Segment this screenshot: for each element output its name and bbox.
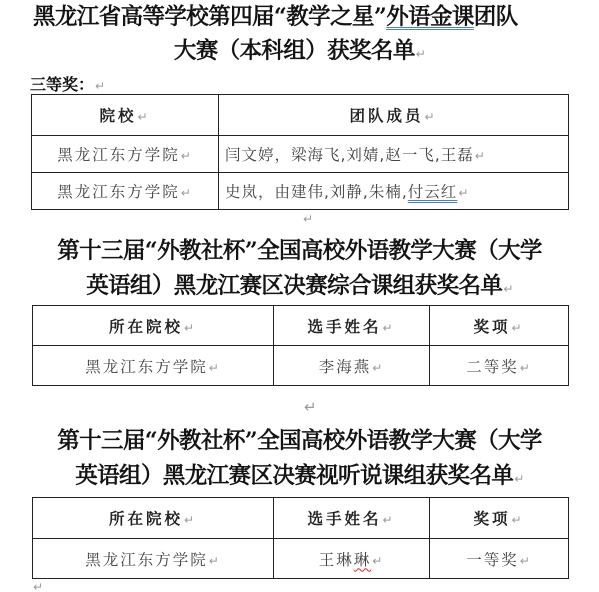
paragraph-mark-icon: ↵: [184, 513, 197, 527]
cell-school: 黑龙江东方学院↵: [32, 136, 219, 173]
cell-award: 一等奖↵: [430, 539, 569, 579]
section3-title-line1: 第十三届“外教社杯”全国高校外语教学大赛（大学: [0, 428, 599, 454]
listening-speaking-course-table: 所在院校↵ 选手姓名↵ 奖项↵ 黑龙江东方学院↵ 王琳琳↵ 一等奖↵: [32, 497, 569, 579]
section2-title-line2: 英语组）黑龙江赛区决赛综合课组获奖名单↵: [0, 273, 599, 302]
comprehensive-course-table: 所在院校↵ 选手姓名↵ 奖项↵ 黑龙江东方学院↵ 李海燕↵ 二等奖↵: [32, 305, 569, 386]
header-contestant-name: 选手姓名↵: [274, 498, 430, 539]
title-text: 第十三届“外教社杯”全国高校外语教学大赛（大学: [57, 428, 542, 454]
table-row: 黑龙江东方学院↵ 王琳琳↵ 一等奖↵: [33, 539, 569, 579]
section3-title-line2: 英语组）黑龙江赛区决赛视听说课组获奖名单↵: [0, 463, 599, 492]
title-text: 团队: [474, 4, 518, 30]
header-school: 所在院校↵: [33, 498, 274, 539]
grammar-flagged-text[interactable]: 付云红: [408, 183, 458, 201]
table-row: 黑龙江东方学院↵ 李海燕↵ 二等奖↵: [33, 346, 569, 386]
table-header-row: 所在院校↵ 选手姓名↵ 奖项↵: [33, 498, 569, 539]
section2-title-line1: 第十三届“外教社杯”全国高校外语教学大赛（大学: [0, 238, 599, 264]
award-level-text: 三等奖：: [30, 75, 94, 94]
paragraph-mark-icon: ↵: [458, 186, 469, 200]
paragraph-mark-icon: ↵: [209, 361, 221, 375]
paragraph-mark-icon: ↵: [33, 580, 43, 592]
cell-members: 史岚，由建伟,刘静,朱楠,付云红↵: [219, 173, 569, 210]
paragraph-mark-icon: ↵: [424, 110, 437, 124]
section1-title-line1: 黑龙江省高等学校第四届“教学之星”外语金课团队: [33, 4, 573, 30]
paragraph-mark-icon: ↵: [137, 110, 150, 124]
paragraph-mark-icon: ↵: [511, 513, 524, 527]
cell-school: 黑龙江东方学院↵: [33, 539, 274, 579]
paragraph-mark-icon: ↵: [209, 554, 221, 568]
cell-school: 黑龙江东方学院↵: [32, 173, 219, 210]
award-level-heading: 三等奖：↵: [30, 72, 105, 95]
table-row: 黑龙江东方学院↵ 闫文婷，梁海飞,刘婧,赵一飞,王磊↵: [32, 136, 569, 173]
team-award-table: 院校↵ 团队成员↵ 黑龙江东方学院↵ 闫文婷，梁海飞,刘婧,赵一飞,王磊↵ 黑龙…: [31, 94, 569, 210]
paragraph-mark-icon: ↵: [382, 321, 395, 335]
title-text: 英语组）黑龙江赛区决赛视听说课组获奖名单: [75, 463, 513, 489]
table-row: 黑龙江东方学院↵ 史岚，由建伟,刘静,朱楠,付云红↵: [32, 173, 569, 210]
header-school: 院校↵: [32, 95, 219, 136]
spelling-flagged-text[interactable]: 琳: [354, 551, 372, 569]
paragraph-mark-icon: ↵: [520, 554, 532, 568]
paragraph-mark-icon: ↵: [475, 149, 486, 163]
header-contestant-name: 选手姓名↵: [274, 306, 430, 346]
title-text: 黑龙江省高等学校第四届“教学之星”: [33, 4, 386, 30]
cell-award: 二等奖↵: [430, 346, 569, 386]
section1-title-line2: 大赛（本科组）获奖名单↵: [0, 38, 599, 67]
paragraph-mark-icon: ↵: [511, 321, 524, 335]
paragraph-mark-icon: ↵: [503, 282, 512, 296]
cell-name: 李海燕↵: [274, 346, 430, 386]
paragraph-mark-icon: ↵: [372, 554, 384, 568]
paragraph-mark-icon: ↵: [181, 186, 193, 200]
paragraph-mark-icon: ↵: [416, 47, 425, 61]
header-award: 奖项↵: [430, 498, 569, 539]
title-text: 英语组）黑龙江赛区决赛综合课组获奖名单: [86, 273, 502, 299]
paragraph-mark-icon: ↵: [382, 513, 395, 527]
paragraph-mark-icon: ↵: [514, 472, 523, 486]
table-header-row: 院校↵ 团队成员↵: [32, 95, 569, 136]
paragraph-mark-icon: ↵: [303, 212, 313, 226]
title-text: 大赛（本科组）获奖名单: [174, 38, 415, 64]
header-team-members: 团队成员↵: [219, 95, 569, 136]
cell-members: 闫文婷，梁海飞,刘婧,赵一飞,王磊↵: [219, 136, 569, 173]
header-award: 奖项↵: [430, 306, 569, 346]
paragraph-mark-icon: ↵: [304, 398, 317, 416]
paragraph-mark-icon: ↵: [181, 149, 193, 163]
cell-school: 黑龙江东方学院↵: [33, 346, 274, 386]
paragraph-mark-icon: ↵: [520, 361, 532, 375]
paragraph-mark-icon: ↵: [184, 321, 197, 335]
table-header-row: 所在院校↵ 选手姓名↵ 奖项↵: [33, 306, 569, 346]
cell-name: 王琳琳↵: [274, 539, 430, 579]
grammar-flagged-text[interactable]: 外语金课: [386, 4, 474, 30]
title-text: 第十三届“外教社杯”全国高校外语教学大赛（大学: [57, 238, 542, 264]
paragraph-mark-icon: ↵: [372, 361, 384, 375]
header-school: 所在院校↵: [33, 306, 274, 346]
paragraph-mark-icon: ↵: [95, 79, 105, 93]
